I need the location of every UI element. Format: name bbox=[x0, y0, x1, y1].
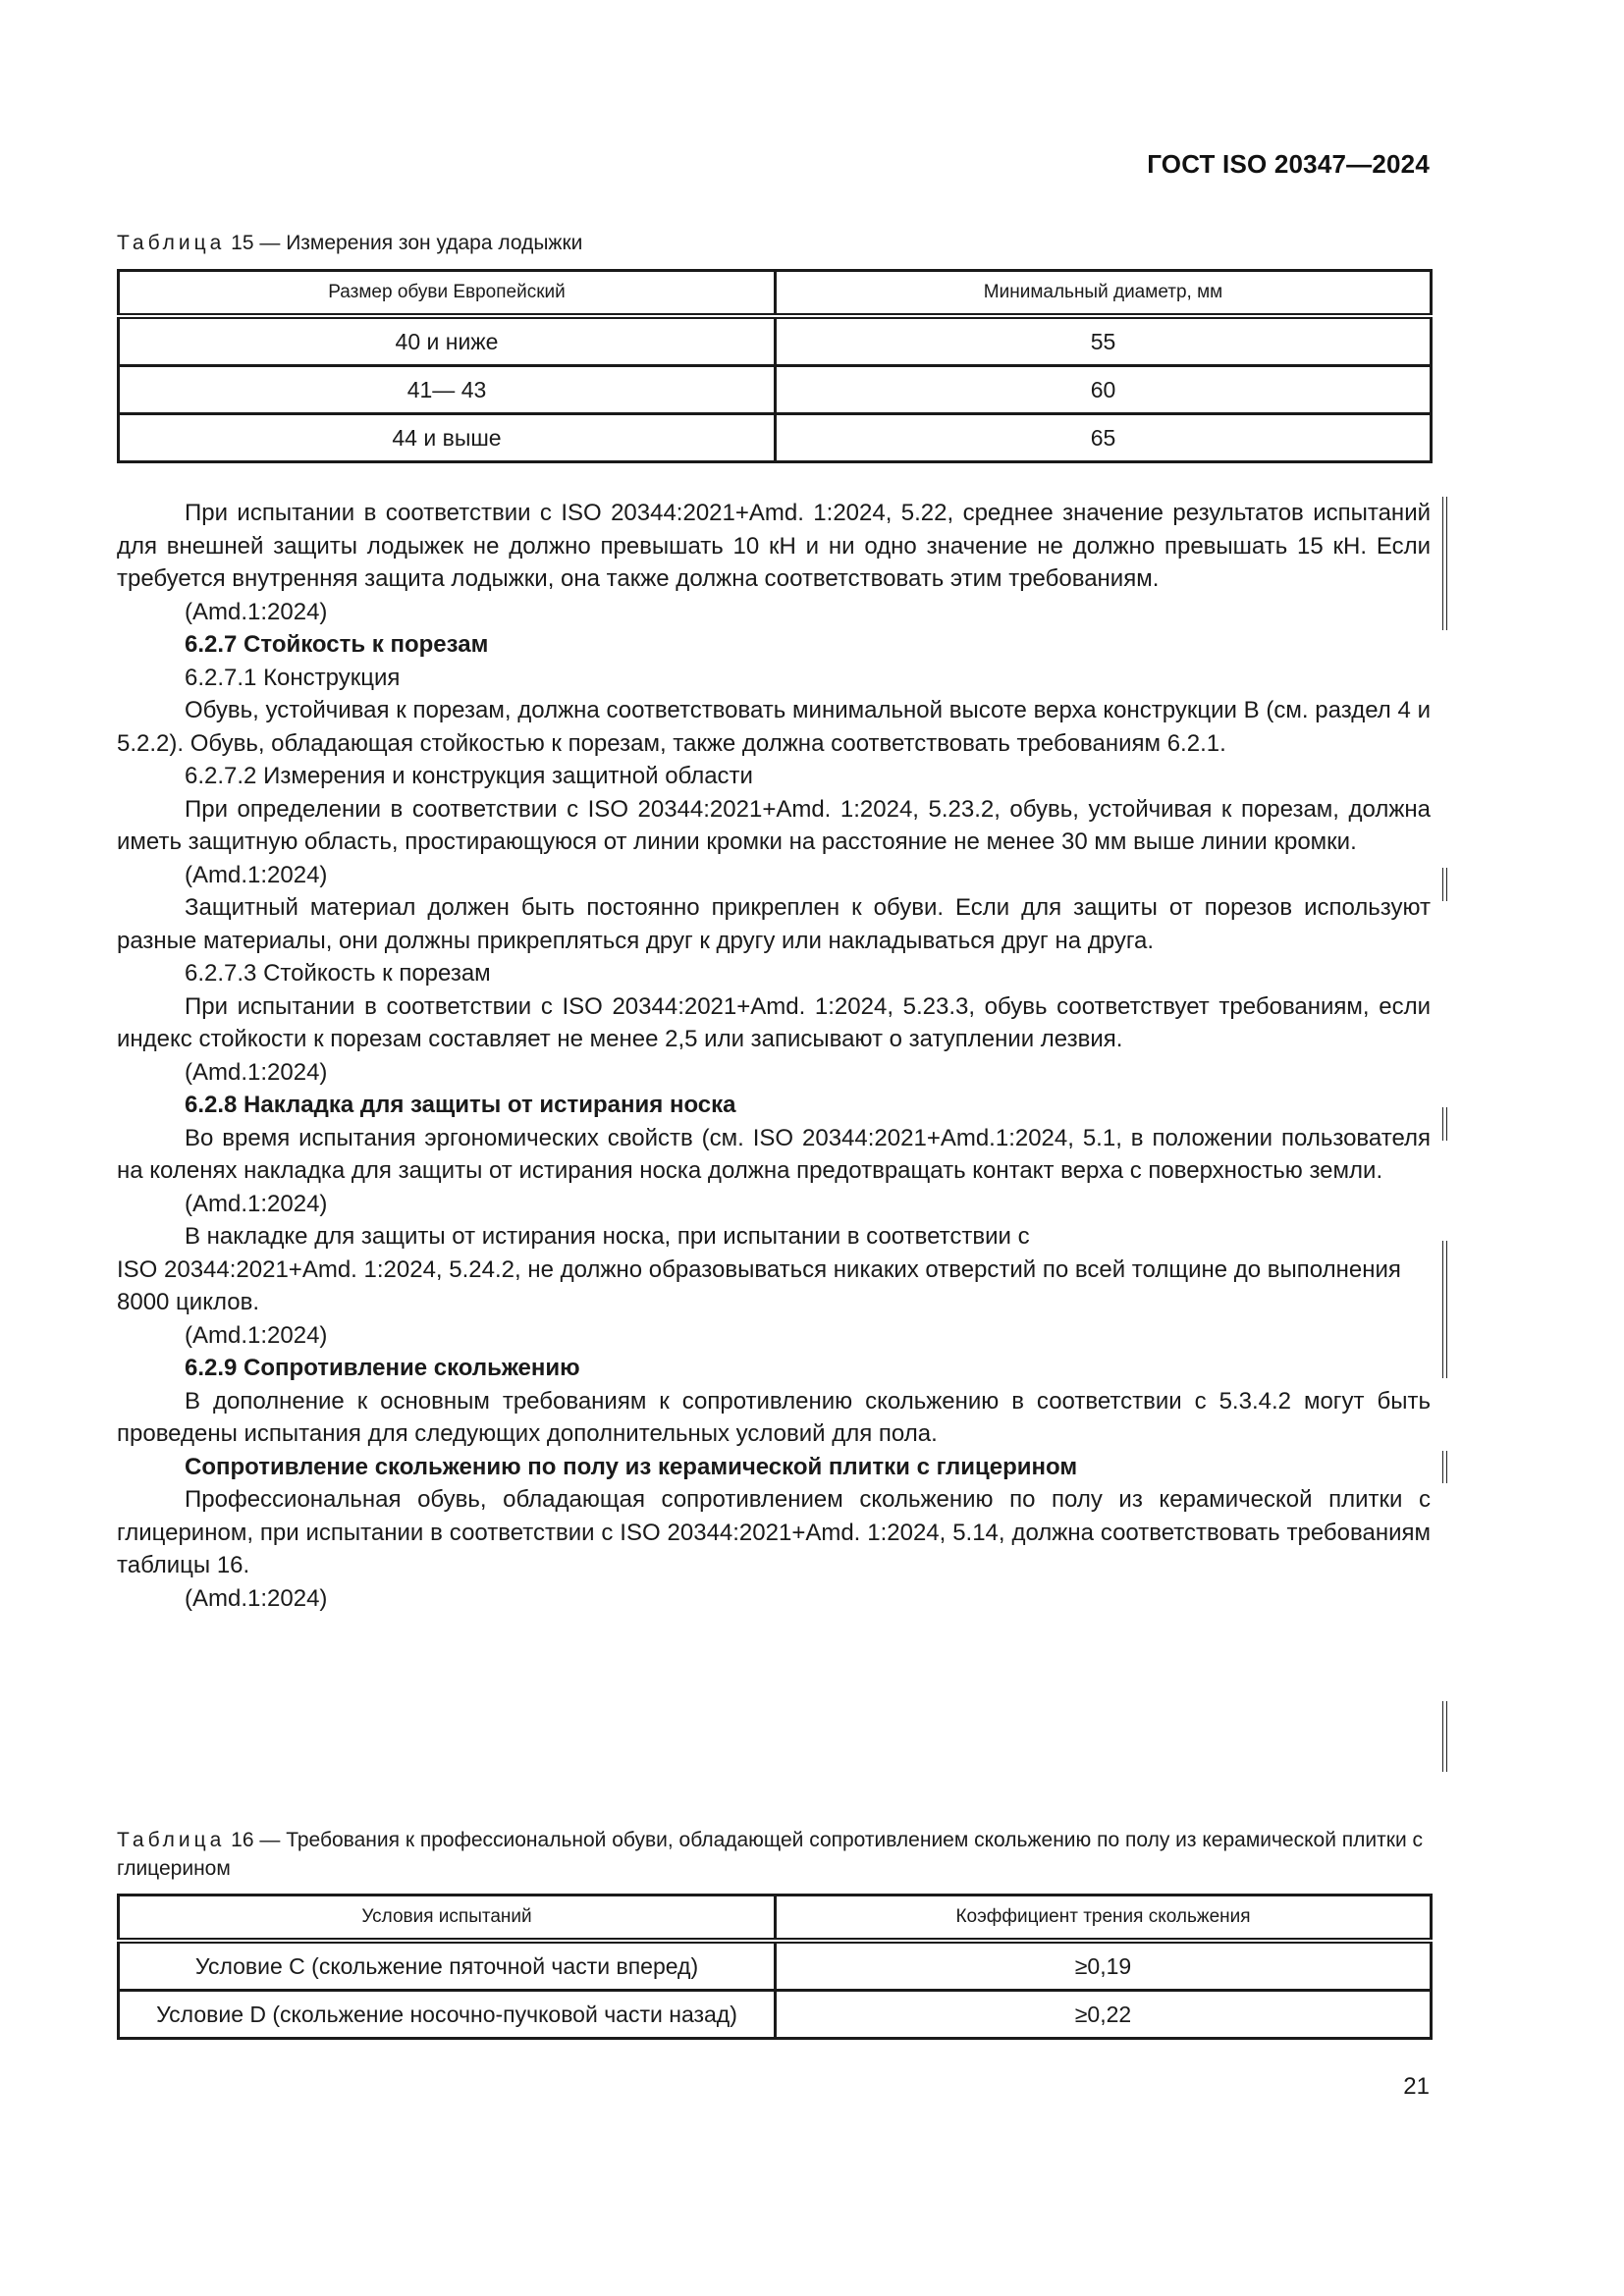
table-header-cell: Условия испытаний bbox=[119, 1896, 776, 1942]
table-16-caption: Таблица 16 — Требования к профессиональн… bbox=[117, 1826, 1433, 1883]
amendment-note: (Amd.1:2024) bbox=[117, 1056, 1431, 1090]
paragraph: При испытании в соответствии с ISO 20344… bbox=[117, 497, 1431, 596]
subsection-heading-6-2-7-1: 6.2.7.1 Конструкция bbox=[117, 662, 1431, 695]
paragraph: В накладке для защиты от истирания носка… bbox=[117, 1220, 1431, 1254]
document-header-title: ГОСТ ISO 20347—2024 bbox=[1147, 149, 1430, 180]
amendment-note: (Amd.1:2024) bbox=[117, 1188, 1431, 1221]
change-bar bbox=[1442, 1241, 1447, 1378]
table-header-cell: Минимальный диаметр, мм bbox=[776, 271, 1432, 317]
table-row: 41— 43 60 bbox=[119, 366, 1432, 414]
table-16-caption-text: 16 — Требования к профессиональной обуви… bbox=[117, 1829, 1423, 1880]
paragraph: При испытании в соответствии с ISO 20344… bbox=[117, 990, 1431, 1056]
table-cell: ≥0,22 bbox=[776, 1991, 1432, 2039]
section-heading-6-2-7: 6.2.7 Стойкость к порезам bbox=[117, 628, 1431, 662]
paragraph: Во время испытания эргономических свойст… bbox=[117, 1122, 1431, 1188]
paragraph: При определении в соответствии с ISO 203… bbox=[117, 793, 1431, 859]
table-cell: ≥0,19 bbox=[776, 1941, 1432, 1991]
table-row: Условие D (скольжение носочно-пучковой ч… bbox=[119, 1991, 1432, 2039]
table-cell: 41— 43 bbox=[119, 366, 776, 414]
paragraph-continuation: ISO 20344:2021+Amd. 1:2024, 5.24.2, не д… bbox=[117, 1254, 1431, 1319]
table-cell: 44 и выше bbox=[119, 414, 776, 462]
page-number: 21 bbox=[1403, 2073, 1430, 2101]
table-15: Размер обуви Европейский Минимальный диа… bbox=[117, 269, 1433, 463]
table-row: 40 и ниже 55 bbox=[119, 316, 1432, 366]
table-16: Условия испытаний Коэффициент трения ско… bbox=[117, 1894, 1433, 2040]
table-header-row: Размер обуви Европейский Минимальный диа… bbox=[119, 271, 1432, 317]
paragraph: Профессиональная обувь, обладающая сопро… bbox=[117, 1483, 1431, 1582]
subsection-heading-6-2-7-2: 6.2.7.2 Измерения и конструкция защитной… bbox=[117, 760, 1431, 793]
table-header-cell: Коэффициент трения скольжения bbox=[776, 1896, 1432, 1942]
table-cell: 40 и ниже bbox=[119, 316, 776, 366]
change-bar bbox=[1442, 1701, 1447, 1772]
table-15-caption: Таблица 15 — Измерения зон удара лодыжки bbox=[117, 229, 1433, 257]
amendment-note: (Amd.1:2024) bbox=[117, 859, 1431, 892]
amendment-note: (Amd.1:2024) bbox=[117, 596, 1431, 629]
table-15-caption-label: Таблица bbox=[117, 232, 225, 254]
change-bar bbox=[1442, 1107, 1447, 1141]
table-cell: 65 bbox=[776, 414, 1432, 462]
section-heading-6-2-8: 6.2.8 Накладка для защиты от истирания н… bbox=[117, 1089, 1431, 1122]
change-bar bbox=[1442, 1451, 1447, 1483]
table-header-row: Условия испытаний Коэффициент трения ско… bbox=[119, 1896, 1432, 1942]
table-cell: 55 bbox=[776, 316, 1432, 366]
table-15-caption-text: 15 — Измерения зон удара лодыжки bbox=[225, 232, 582, 254]
table-header-cell: Размер обуви Европейский bbox=[119, 271, 776, 317]
paragraph: Защитный материал должен быть постоянно … bbox=[117, 891, 1431, 957]
table-row: 44 и выше 65 bbox=[119, 414, 1432, 462]
paragraph: В дополнение к основным требованиям к со… bbox=[117, 1385, 1431, 1451]
body-text: При испытании в соответствии с ISO 20344… bbox=[117, 497, 1431, 1615]
change-bar bbox=[1442, 497, 1447, 630]
table-cell: 60 bbox=[776, 366, 1432, 414]
table-cell: Условие D (скольжение носочно-пучковой ч… bbox=[119, 1991, 776, 2039]
change-bar bbox=[1442, 868, 1447, 901]
amendment-note: (Amd.1:2024) bbox=[117, 1582, 1431, 1616]
table-row: Условие C (скольжение пяточной части впе… bbox=[119, 1941, 1432, 1991]
amendment-note: (Amd.1:2024) bbox=[117, 1319, 1431, 1353]
subheading-glycerin: Сопротивление скольжению по полу из кера… bbox=[117, 1451, 1431, 1484]
subsection-heading-6-2-7-3: 6.2.7.3 Стойкость к порезам bbox=[117, 957, 1431, 990]
section-heading-6-2-9: 6.2.9 Сопротивление скольжению bbox=[117, 1352, 1431, 1385]
paragraph: Обувь, устойчивая к порезам, должна соот… bbox=[117, 694, 1431, 760]
table-cell: Условие C (скольжение пяточной части впе… bbox=[119, 1941, 776, 1991]
table-16-caption-label: Таблица bbox=[117, 1829, 225, 1851]
